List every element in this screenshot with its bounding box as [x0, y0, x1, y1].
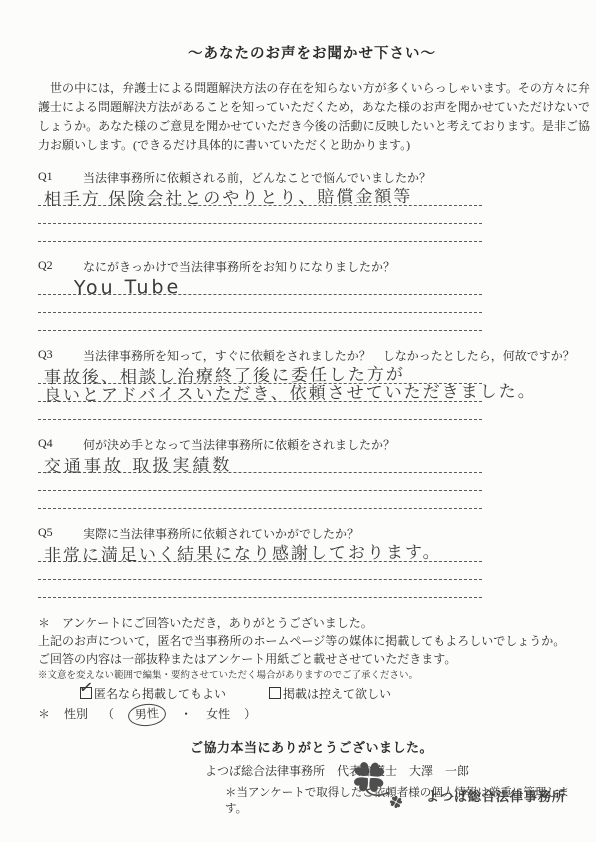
gender-label: 性別: [64, 707, 88, 721]
answer-line[interactable]: 相手方 保険会社とのやりとり、賠償金額等: [38, 188, 482, 206]
footer-thanks: ご協力本当にありがとうございました。: [190, 737, 590, 756]
answer-line[interactable]: [38, 562, 482, 580]
answer-line[interactable]: [38, 491, 482, 509]
answer-line[interactable]: 交通事故 取扱実績数: [38, 455, 482, 473]
answer-line[interactable]: 非常に満足いく結果になり感謝しております。: [38, 544, 482, 562]
publish-note: ※文意を変えない範囲で編集・要約させていただく場合がありますのでご了承ください。: [38, 668, 590, 684]
question-block-1: Q1 当法律事務所に依頼される前，どんなことで悩んでいましたか？ 相手方 保険会…: [38, 169, 590, 242]
gender-prefix: ＊: [38, 707, 50, 721]
question-block-5: Q5 実際に当法律事務所に依頼されていかがでしたか？ 非常に満足いく結果になり感…: [38, 525, 590, 598]
clover-logo-icon: [352, 760, 410, 818]
consent-checkbox-anonymous[interactable]: [80, 687, 92, 699]
gender-separator: ・: [180, 707, 192, 721]
question-block-2: Q2 なにがきっかけで当法律事務所をお知りになりましたか？ You Tube: [38, 258, 590, 331]
consent-option-anonymous: 匿名なら掲載してもよい: [80, 686, 226, 702]
publish-consent-line-2: ご回答の内容は一部抜粋またはアンケート用紙ごと載せさせていただきます。: [38, 650, 590, 668]
question-label: Q1: [38, 169, 83, 185]
consent-options-row: 匿名なら掲載してもよい 掲載は控えて欲しい: [80, 686, 590, 702]
firm-logo: よつば総合法律事務所: [352, 760, 566, 818]
firm-logo-text: よつば総合法律事務所: [426, 786, 566, 805]
answer-line[interactable]: [38, 313, 482, 331]
question-block-3: Q3 当法律事務所を知って，すぐに依頼をされましたか？ しなかったとしたら，何故…: [38, 347, 590, 420]
consent-option-decline: 掲載は控えて欲しい: [269, 686, 391, 702]
intro-paragraph: 世の中には，弁護士による問題解決方法の存在を知らない方が多くいらっしゃいます。そ…: [38, 79, 590, 155]
question-label: Q4: [38, 436, 83, 452]
gender-close-paren: ）: [244, 707, 256, 721]
gender-female[interactable]: 女性: [206, 707, 230, 721]
answer-line[interactable]: [38, 295, 482, 313]
question-label: Q5: [38, 525, 83, 541]
gender-open-paren: （: [102, 707, 114, 721]
answer-line[interactable]: [38, 580, 482, 598]
answer-line[interactable]: [38, 473, 482, 491]
publish-consent-line-1: 上記のお声について，匿名で当事務所のホームページ等の媒体に掲載してもよろしいでし…: [38, 632, 590, 650]
consent-label-anonymous: 匿名なら掲載してもよい: [94, 687, 226, 701]
question-text: 何が決め手となって当法律事務所に依頼をされましたか？: [83, 436, 395, 452]
answer-line[interactable]: [38, 206, 482, 224]
question-label: Q2: [38, 258, 83, 274]
answer-line[interactable]: [38, 224, 482, 242]
gender-row: ＊性別（男性・女性）: [38, 704, 590, 724]
answer-line[interactable]: You Tube: [38, 277, 482, 295]
question-block-4: Q4 何が決め手となって当法律事務所に依頼をされましたか？ 交通事故 取扱実績数: [38, 436, 590, 509]
answer-line[interactable]: 良いとアドバイスいただき、依頼させていただきました。: [38, 384, 482, 402]
question-label: Q3: [38, 347, 83, 363]
closing-section: ＊ アンケートにご回答いただき，ありがとうございました。 上記のお声について，匿…: [38, 614, 590, 724]
consent-label-decline: 掲載は控えて欲しい: [283, 687, 391, 701]
gender-male-circled[interactable]: 男性: [127, 702, 167, 727]
survey-document: ～あなたのお声をお聞かせ下さい～ 世の中には，弁護士による問題解決方法の存在を知…: [0, 0, 596, 842]
answer-line[interactable]: [38, 402, 482, 420]
closing-thanks: ＊ アンケートにご回答いただき，ありがとうございました。: [38, 614, 590, 632]
question-text: なにがきっかけで当法律事務所をお知りになりましたか？: [83, 258, 395, 274]
consent-checkbox-decline[interactable]: [269, 687, 281, 699]
page-title: ～あなたのお声をお聞かせ下さい～: [38, 42, 586, 63]
